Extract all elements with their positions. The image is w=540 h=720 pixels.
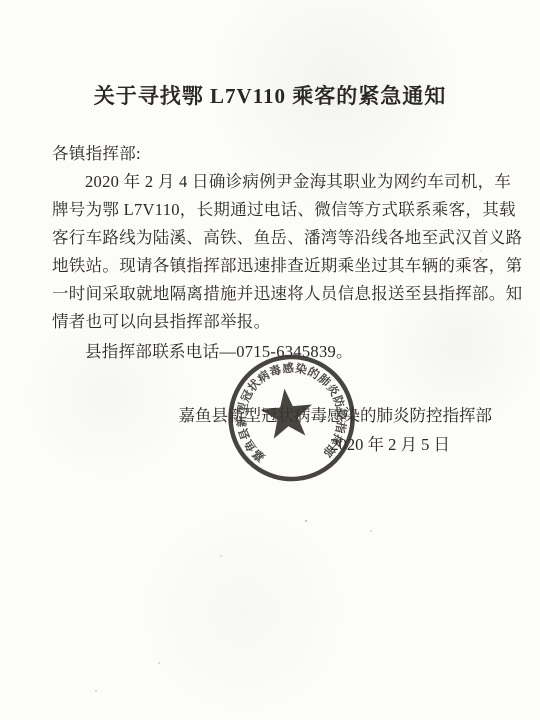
body-line: 情者也可以向县指挥部举报。 [52, 308, 488, 336]
scan-speck [305, 520, 307, 522]
scan-speck [220, 555, 222, 557]
scan-speck [158, 662, 160, 664]
body-line: 2020 年 2 月 4 日确诊病例尹金海其职业为网约车司机，车 [52, 168, 488, 196]
star-icon [259, 386, 315, 440]
body-line: 客行车路线为陆溪、高铁、鱼岳、潘湾等沿线各地至武汉首义路 [52, 224, 488, 252]
scanned-notice-page: 关于寻找鄂 L7V110 乘客的紧急通知 各镇指挥部: 2020 年 2 月 4… [0, 0, 540, 720]
body-line: 一时间采取就地隔离措施并迅速将人员信息报送至县指挥部。知 [52, 280, 488, 308]
scan-speck [95, 690, 97, 692]
body-line: 地铁站。现请各镇指挥部迅速排查近期乘坐过其车辆的乘客，第 [52, 252, 488, 280]
scan-speck [480, 250, 482, 252]
notice-body: 各镇指挥部: 2020 年 2 月 4 日确诊病例尹金海其职业为网约车司机，车 … [52, 140, 488, 366]
body-line: 牌号为鄂 L7V110，长期通过电话、微信等方式联系乘客，其载 [52, 196, 488, 224]
salutation-line: 各镇指挥部: [52, 140, 488, 168]
scan-speck [370, 530, 372, 532]
official-seal: 嘉鱼县新型冠状病毒感染的肺炎防控指挥部 [206, 336, 377, 507]
notice-title: 关于寻找鄂 L7V110 乘客的紧急通知 [0, 80, 540, 110]
